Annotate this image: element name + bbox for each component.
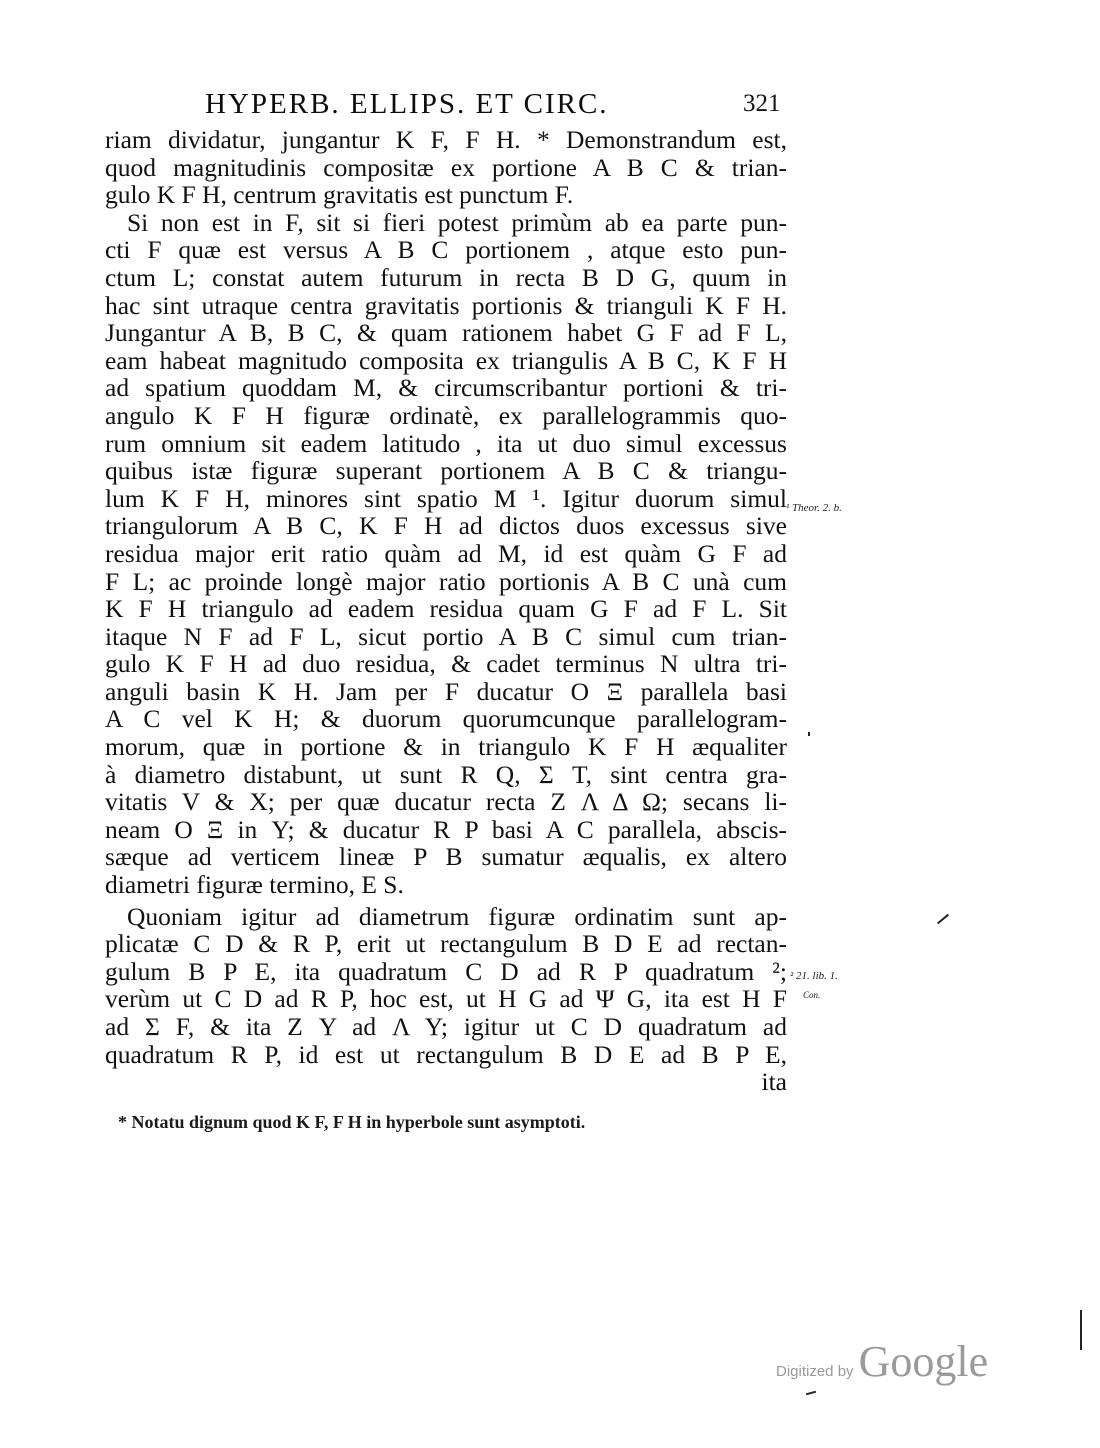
- catchword: ita: [105, 1068, 787, 1096]
- scan-speck: [808, 732, 810, 736]
- text-line: Jungantur A B, B C, & quam rationem habe…: [105, 319, 787, 347]
- scan-edge-mark: [1080, 1310, 1082, 1350]
- text-line: F L; ac proinde longè major ratio portio…: [105, 568, 787, 596]
- scan-speck: [806, 1391, 816, 1396]
- running-head: HYPERB. ELLIPS. ET CIRC.: [205, 88, 609, 121]
- text-line: riam dividatur, jungantur K F, F H. * De…: [105, 126, 787, 154]
- text-line: quadratum R P, id est ut rectangulum B D…: [105, 1041, 787, 1069]
- text-line: vitatis V & X; per quæ ducatur recta Z Λ…: [105, 788, 787, 816]
- text-line: eam habeat magnitudo composita ex triang…: [105, 347, 787, 375]
- text-line: rum omnium sit eadem latitudo , ita ut d…: [105, 430, 787, 458]
- text-line: residua major erit ratio quàm ad M, id e…: [105, 540, 787, 568]
- text-line: gulo K F H ad duo residua, & cadet termi…: [105, 650, 787, 678]
- text-line: quibus istæ figuræ superant portionem A …: [105, 457, 787, 485]
- text-line: lum K F H, minores sint spatio M ¹. Igit…: [105, 485, 787, 513]
- body-text: riam dividatur, jungantur K F, F H. * De…: [105, 126, 787, 1096]
- text-line: ad spatium quoddam M, & circumscribantur…: [105, 374, 787, 402]
- margin-note: ¹ Theor. 2. b.: [786, 502, 842, 514]
- text-line: K F H triangulo ad eadem residua quam G …: [105, 595, 787, 623]
- footnote: * Notatu dignum quod K F, F H in hyperbo…: [118, 1112, 585, 1133]
- google-logo: Google: [859, 1337, 989, 1386]
- page-number: 321: [743, 90, 781, 118]
- watermark-prefix: Digitized by: [776, 1363, 854, 1380]
- text-line: neam O Ξ in Υ; & ducatur R P basi A C pa…: [105, 816, 787, 844]
- text-line: A C vel K H; & duorum quorumcunque paral…: [105, 705, 787, 733]
- text-line: plicatæ C D & R P, erit ut rectangulum B…: [105, 930, 787, 958]
- text-line: angulo K F H figuræ ordinatè, ex paralle…: [105, 402, 787, 430]
- text-line: Si non est in F, sit si fieri potest pri…: [105, 209, 787, 237]
- text-line: ad Σ F, & ita Z Υ ad Λ Υ; igitur ut C D …: [105, 1013, 787, 1041]
- text-line: gulum B P E, ita quadratum C D ad R P qu…: [105, 958, 787, 986]
- text-line: triangulorum A B C, K F H ad dictos duos…: [105, 512, 787, 540]
- text-line: sæque ad verticem lineæ P B sumatur æqua…: [105, 843, 787, 871]
- text-line: quod magnitudinis compositæ ex portione …: [105, 154, 787, 182]
- text-line: Quoniam igitur ad diametrum figuræ ordin…: [105, 903, 787, 931]
- text-line: morum, quæ in portione & in triangulo K …: [105, 733, 787, 761]
- text-line: anguli basin K H. Jam per F ducatur O Ξ …: [105, 678, 787, 706]
- text-line: verùm ut C D ad R P, hoc est, ut H G ad …: [105, 985, 787, 1013]
- margin-note: Con.: [803, 990, 820, 1000]
- digitized-watermark: Digitized by Google: [776, 1336, 988, 1387]
- text-line: gulo K F H, centrum gravitatis est punct…: [105, 181, 787, 209]
- text-line: ctum L; constat autem futurum in recta B…: [105, 264, 787, 292]
- text-line: cti F quæ est versus A B C portionem , a…: [105, 236, 787, 264]
- book-page: HYPERB. ELLIPS. ET CIRC. 321 riam divida…: [0, 0, 1100, 1448]
- text-line: itaque N F ad F L, sicut portio A B C si…: [105, 623, 787, 651]
- scan-speck: [937, 914, 949, 925]
- text-line: à diametro distabunt, ut sunt R Q, Σ T, …: [105, 761, 787, 789]
- text-line: diametri figuræ termino, E S.: [105, 871, 787, 899]
- text-line: hac sint utraque centra gravitatis porti…: [105, 292, 787, 320]
- margin-note: ² 21. lib. 1.: [790, 970, 838, 982]
